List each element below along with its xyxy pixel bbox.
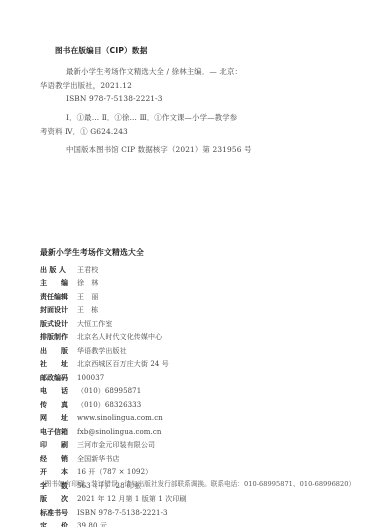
cip-line-classification: 考资料 Ⅳ．① G624.243 [40, 126, 128, 137]
row-label: 开 本 [40, 467, 77, 477]
colophon-row-email: 电子信箱 fxb@sinolingua.com.cn [40, 425, 340, 439]
row-value: （010）68326333 [77, 400, 141, 410]
book-title: 最新小学生考场作文精选大全 [40, 247, 144, 258]
row-value: 王 丽 [77, 292, 98, 302]
row-label: 出 版 [40, 346, 77, 356]
row-label: 定 价 [40, 521, 77, 527]
cip-line-title-author: 最新小学生考场作文精选大全 / 徐林主编．— 北京： [66, 66, 242, 77]
row-label: 电 话 [40, 386, 77, 396]
row-label: 邮政编码 [40, 373, 77, 383]
colophon-row-isbn: 标准书号 ISBN 978-7-5138-2221-3 [40, 506, 340, 520]
row-value: 三河市金元印装有限公司 [77, 440, 155, 450]
row-value: 徐 林 [77, 278, 98, 288]
row-value: 全国新华书店 [77, 454, 120, 464]
row-label: 电子信箱 [40, 427, 77, 437]
colophon-row-printer: 印 刷 三河市金元印装有限公司 [40, 439, 340, 453]
colophon-row-distributor: 经 销 全国新华书店 [40, 452, 340, 466]
footer-note: （图书如有印刷、装订错误，请与出版社发行部联系调换。联系电话：010-68995… [38, 478, 355, 488]
row-value: 北京西城区百万庄大街 24 号 [77, 359, 169, 369]
row-value: 16 开（787 × 1092） [77, 467, 152, 477]
colophon-row-editor-in-chief: 主 编 徐 林 [40, 277, 340, 291]
colophon-row-address: 社 址 北京西城区百万庄大街 24 号 [40, 358, 340, 372]
colophon-row-layout-design: 版式设计 大恒工作室 [40, 317, 340, 331]
email-link[interactable]: fxb@sinolingua.com.cn [77, 428, 161, 436]
cip-line-isbn: ISBN 978-7-5138-2221-3 [66, 94, 163, 103]
row-label: 经 销 [40, 454, 77, 464]
colophon-row-website: 网 址 www.sinolingua.com.cn [40, 412, 340, 426]
colophon-row-fax: 传 真 （010）68326333 [40, 398, 340, 412]
row-label: 封面设计 [40, 305, 77, 315]
colophon-row-phone: 电 话 （010）68995871 [40, 385, 340, 399]
colophon-row-price: 定 价 39.80 元 [40, 520, 340, 527]
colophon-row-edition: 版 次 2021 年 12 月第 1 版第 1 次印刷 [40, 493, 340, 507]
colophon-row-publisher: 出 版 华语教学出版社 [40, 344, 340, 358]
row-label: 传 真 [40, 400, 77, 410]
row-value: 100037 [77, 374, 104, 382]
row-label: 标准书号 [40, 508, 77, 518]
row-label: 版式设计 [40, 319, 77, 329]
colophon-row-postal-code: 邮政编码 100037 [40, 371, 340, 385]
colophon-row-cover-design: 封面设计 王 栋 [40, 304, 340, 318]
row-label: 网 址 [40, 413, 77, 423]
row-value: 华语教学出版社 [77, 346, 127, 356]
row-label: 印 刷 [40, 440, 77, 450]
row-label: 排版制作 [40, 332, 77, 342]
row-value: 大恒工作室 [77, 319, 113, 329]
row-value: （010）68995871 [77, 386, 141, 396]
row-value: ISBN 978-7-5138-2221-3 [77, 509, 168, 517]
row-label: 出 版 人 [40, 265, 77, 275]
cip-line-record-number: 中国版本图书馆 CIP 数据核字（2021）第 231956 号 [66, 144, 252, 155]
colophon-row-typesetting: 排版制作 北京名人时代文化传媒中心 [40, 331, 340, 345]
row-value: 2021 年 12 月第 1 版第 1 次印刷 [77, 494, 187, 504]
row-label: 社 址 [40, 359, 77, 369]
colophon-row-responsible-editor: 责任编辑 王 丽 [40, 290, 340, 304]
row-label: 责任编辑 [40, 292, 77, 302]
colophon-row-format: 开 本 16 开（787 × 1092） [40, 466, 340, 480]
row-value: 王君校 [77, 265, 98, 275]
website-link[interactable]: www.sinolingua.com.cn [77, 414, 163, 422]
cip-heading: 图书在版编目（CIP）数据 [55, 45, 148, 56]
colophon-row-publisher-person: 出 版 人 王君校 [40, 263, 340, 277]
row-value: 39.80 元 [77, 521, 107, 527]
row-value: 北京名人时代文化传媒中心 [77, 332, 162, 342]
cip-line-subjects: Ⅰ．①最… Ⅱ．①徐… Ⅲ．①作文课—小学—教学参 [66, 112, 237, 123]
row-label: 版 次 [40, 494, 77, 504]
row-value: 王 栋 [77, 305, 98, 315]
cip-line-publisher-date: 华语教学出版社，2021.12 [40, 80, 132, 91]
row-label: 主 编 [40, 278, 77, 288]
